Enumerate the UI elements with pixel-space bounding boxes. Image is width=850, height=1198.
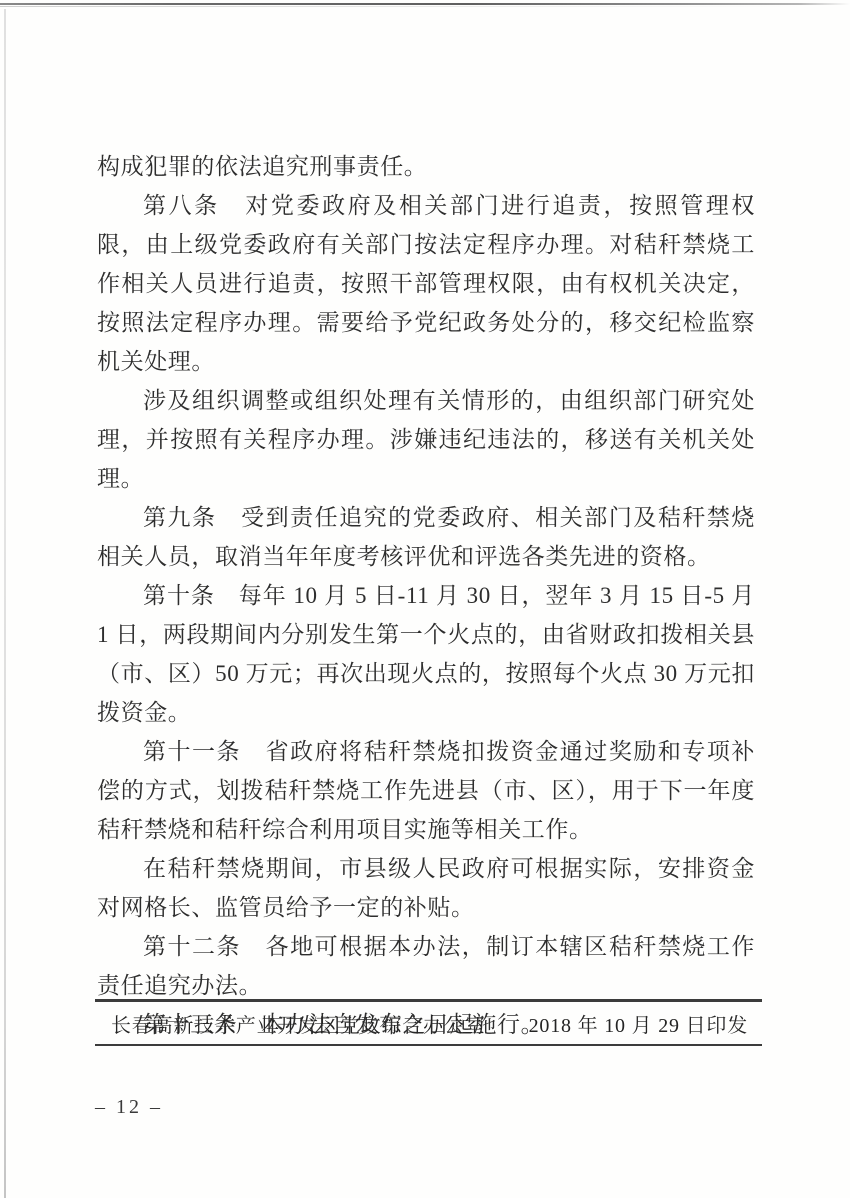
- body-paragraph-article-12: 第十二条 各地可根据本办法，制订本辖区秸秆禁烧工作责任追究办法。: [97, 927, 755, 1005]
- body-paragraph-article-9: 第九条 受到责任追究的党委政府、相关部门及秸秆禁烧相关人员，取消当年年度考核评优…: [97, 498, 755, 576]
- colophon-issuer: 长春高新技术产业开发区党政综合办公室: [111, 1009, 485, 1038]
- footer-colophon: 长春高新技术产业开发区党政综合办公室 2018 年 10 月 29 日印发: [95, 999, 762, 1046]
- body-paragraph-org-handling: 涉及组织调整或组织处理有关情形的，由组织部门研究处理，并按照有关程序办理。涉嫌违…: [97, 381, 755, 498]
- body-text: 构成犯罪的依法追究刑事责任。 第八条 对党委政府及相关部门进行追责，按照管理权限…: [97, 147, 755, 1044]
- colophon-print-date: 2018 年 10 月 29 日印发: [529, 1009, 748, 1038]
- scan-edge-left-line: [4, 9, 6, 1198]
- body-paragraph-article-8: 第八条 对党委政府及相关部门进行追责，按照管理权限，由上级党委政府有关部门按法定…: [97, 186, 755, 381]
- page-number: – 12 –: [95, 1096, 163, 1119]
- body-paragraph-article-10: 第十条 每年 10 月 5 日-11 月 30 日，翌年 3 月 15 日-5 …: [97, 576, 755, 732]
- body-paragraph-subsidy: 在秸秆禁烧期间，市县级人民政府可根据实际，安排资金对网格长、监管员给予一定的补贴…: [97, 849, 755, 927]
- body-paragraph-article-11: 第十一条 省政府将秸秆禁烧扣拨资金通过奖励和专项补偿的方式，划拨秸秆禁烧工作先进…: [97, 732, 755, 849]
- body-paragraph-continuation: 构成犯罪的依法追究刑事责任。: [97, 147, 755, 186]
- scan-edge-top-line: [0, 3, 850, 5]
- scan-edge-top-shadow: [0, 6, 850, 7]
